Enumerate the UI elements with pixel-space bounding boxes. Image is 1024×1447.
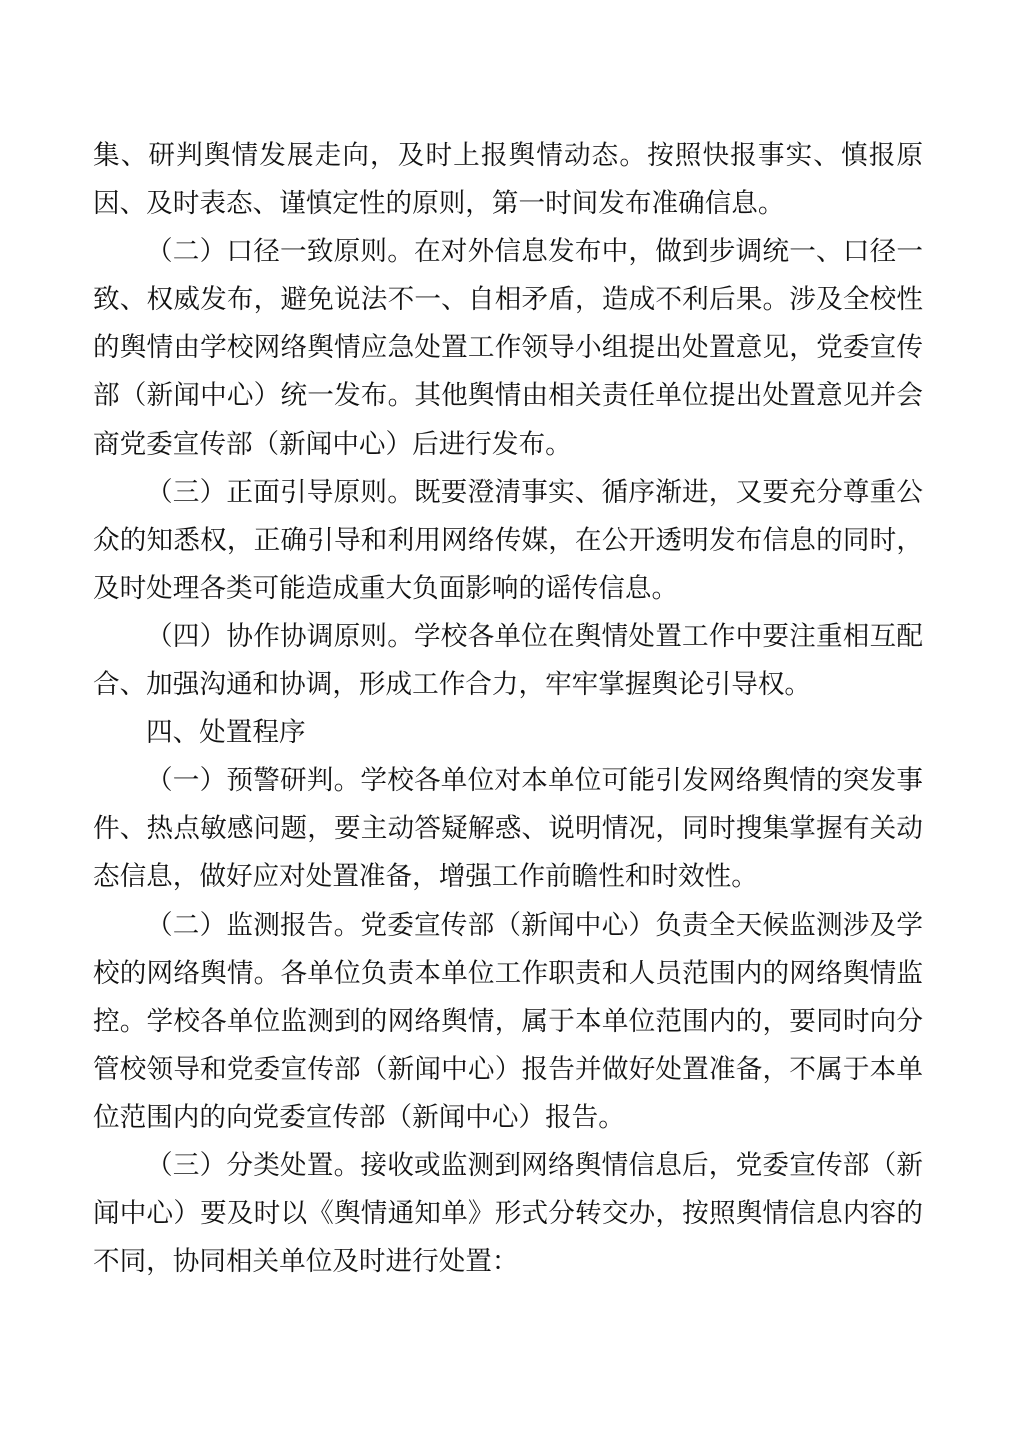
document-page: 集、研判舆情发展走向，及时上报舆情动态。按照快报事实、慎报原因、及时表态、谨慎定…: [93, 132, 923, 1286]
paragraph-monitoring-report: （二）监测报告。党委宣传部（新闻中心）负责全天候监测涉及学校的网络舆情。各单位负…: [93, 902, 923, 1142]
paragraph-principle-positive-guidance: （三）正面引导原则。既要澄清事实、循序渐进，又要充分尊重公众的知悉权，正确引导和…: [93, 469, 923, 613]
paragraph-principle-consistency: （二）口径一致原则。在对外信息发布中，做到步调统一、口径一致、权威发布，避免说法…: [93, 228, 923, 468]
paragraph-early-warning: （一）预警研判。学校各单位对本单位可能引发网络舆情的突发事件、热点敏感问题，要主…: [93, 757, 923, 901]
section-heading-procedures: 四、处置程序: [93, 709, 923, 757]
paragraph-principle-coordination: （四）协作协调原则。学校各单位在舆情处置工作中要注重相互配合、加强沟通和协调，形…: [93, 613, 923, 709]
paragraph-classified-handling: （三）分类处置。接收或监测到网络舆情信息后，党委宣传部（新闻中心）要及时以《舆情…: [93, 1142, 923, 1286]
paragraph-continuation: 集、研判舆情发展走向，及时上报舆情动态。按照快报事实、慎报原因、及时表态、谨慎定…: [93, 132, 923, 228]
